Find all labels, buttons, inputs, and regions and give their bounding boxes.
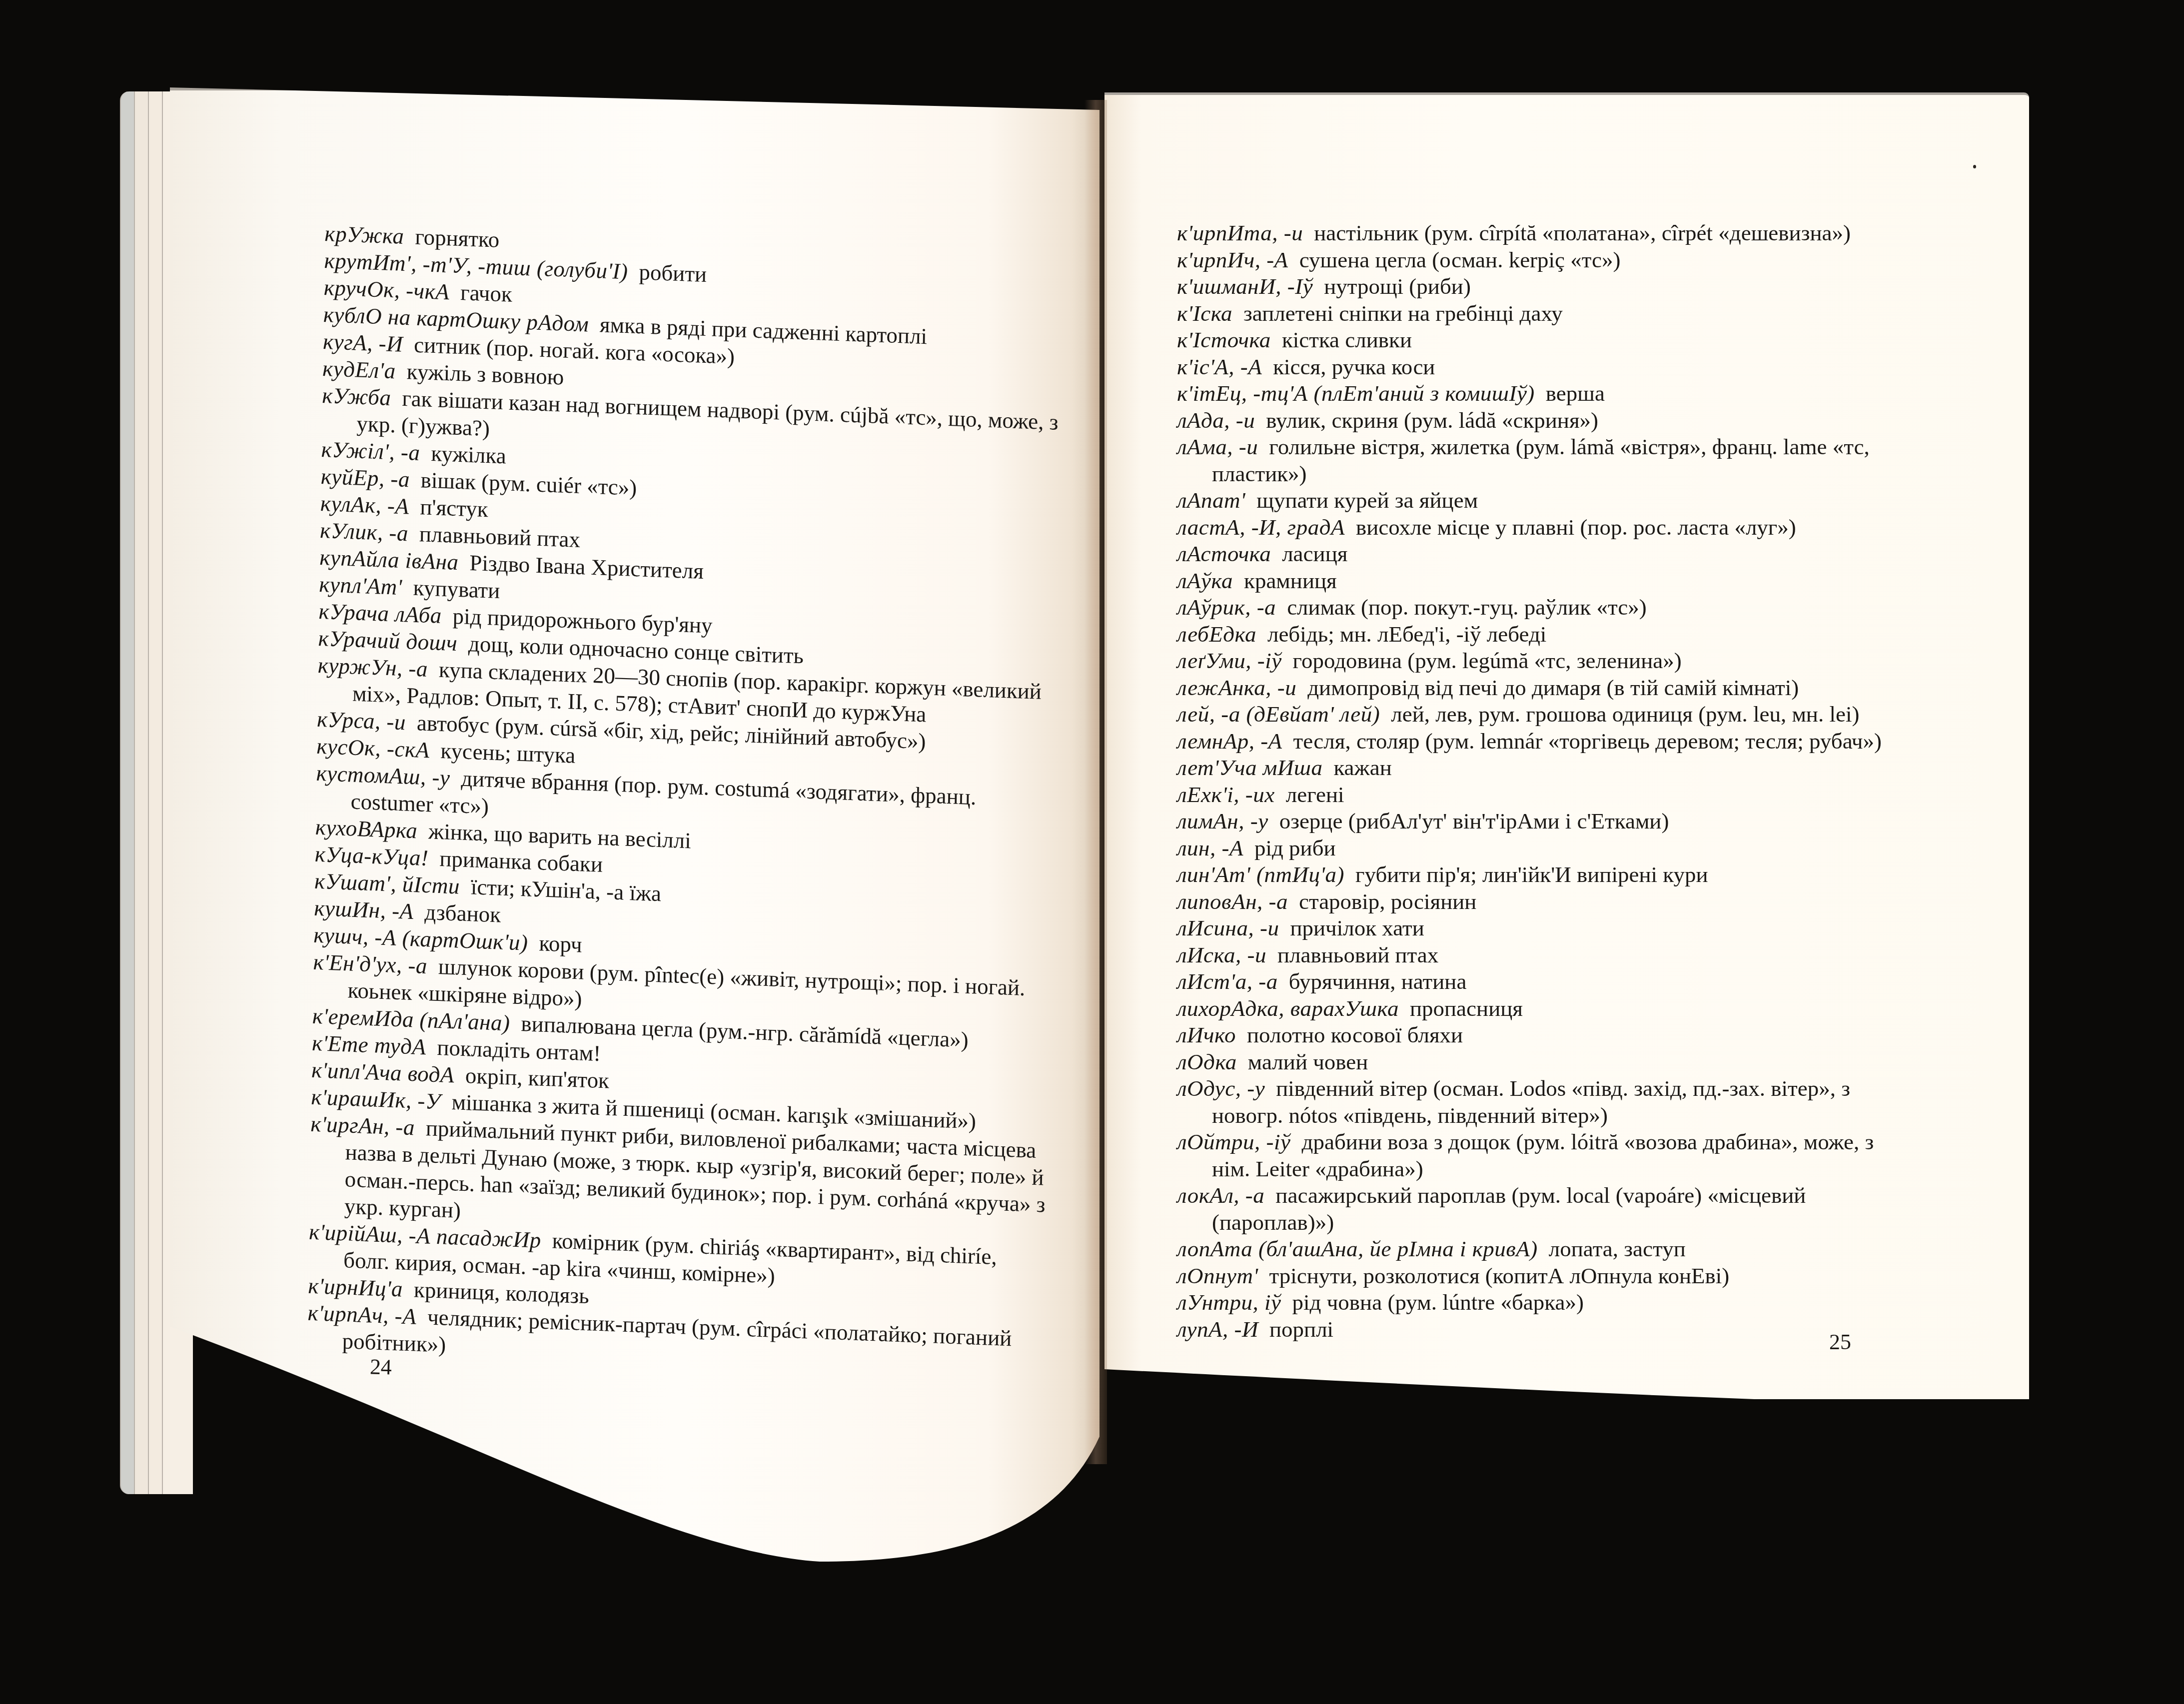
entry-definition: кажан [1333,755,1391,780]
entry-headword: лет'Уча мИша [1177,755,1322,780]
entry-spacer [429,758,440,758]
entry-spacer [413,919,424,919]
dictionary-entry: лОдкамалий човен [1177,1049,1897,1076]
entry-definition: крамниця [1244,568,1337,593]
entry-headword: кустомАш, -у [316,761,450,791]
entry-definition: рід риби [1254,836,1336,860]
dictionary-entry: лимАн, -уозерце (рибАл'ут' він'т'ірАми і… [1177,808,1897,835]
entry-headword: лУнтри, іў [1177,1290,1281,1315]
entry-definition: плавньовий птах [419,521,581,552]
entry-definition: тріснути, розколотися (копитА лОпнула ко… [1269,1263,1730,1288]
dictionary-entry: лАсточкаласиця [1177,541,1897,568]
dictionary-entry: лопАта (бл'ашАна, йе рІмна і кривА)лопат… [1177,1236,1897,1263]
entry-headword: кусОк, -скА [316,734,430,763]
entry-definition: слимак (пор. покут.-гуц. раўлик «тс») [1287,595,1647,620]
entry-definition: драбини воза з дощок (рум. lóitră «возов… [1212,1129,1874,1181]
entry-spacer [403,352,414,352]
entry-definition: плавньовий птах [1277,942,1438,967]
dictionary-entry: леґУми, -іўгородовина (рум. legúmă «тс, … [1177,648,1897,675]
entry-headword: лЕхк'і, -их [1177,782,1275,807]
entry-headword: куйЕр, -а [321,464,410,492]
entry-headword: кУрача лАба [318,599,442,628]
entry-headword: к'иргАн, -а [310,1111,415,1140]
entry-spacer [426,1054,437,1055]
entry-spacer [403,1297,414,1297]
entry-headword: лин'Ат' (птИц'а) [1177,862,1344,887]
entry-spacer [450,786,461,786]
entry-definition: окріп, кип'яток [465,1063,609,1093]
entry-headword: локАл, -а [1177,1183,1264,1208]
entry-headword: лАўка [1177,568,1233,593]
entry-spacer [420,460,431,461]
entry-headword: кухоВАрка [315,815,418,843]
dictionary-entry: лОйтри, -іўдрабини воза з дощок (рум. ló… [1177,1129,1897,1182]
dictionary-entry: лихорАдка, варахУшкапропасниця [1177,995,1897,1022]
dictionary-entry: лебЕдкалебідь; мн. лЕбед'і, -іў лебеді [1177,621,1897,648]
dictionary-entry: лет'Уча мИшакажан [1177,755,1897,782]
entry-definition: бурячиння, натина [1289,969,1467,994]
dictionary-entry: лИсина, -ипричілок хати [1177,915,1897,942]
entry-definition: настільник (рум. cîrpítă «полатана», cîr… [1314,220,1851,245]
entry-definition: озерце (рибАл'ут' він'т'ірАми і с'Етками… [1279,809,1669,834]
entry-spacer [391,405,402,406]
entry-definition: нутрощі (риби) [1324,274,1471,299]
entry-definition: вулик, скриня (рум. ládă «скриня») [1266,408,1598,433]
entry-headword: лей, -а (дЕвйат' лей) [1177,702,1380,727]
entry-headword: лАўрик, -а [1177,595,1276,620]
page-number-right: 25 [1829,1329,1851,1355]
entry-spacer [408,541,419,541]
entry-definition: п'ястук [420,494,488,522]
entry-definition: порплі [1269,1317,1333,1342]
entry-headword: лИска, -и [1177,942,1266,967]
dictionary-entry: лей, -а (дЕвйат' лей)лей, лев, рум. грош… [1177,701,1897,728]
entry-definition: кістка сливки [1282,327,1412,352]
entry-headword: к'ишманИ, -Іў [1177,274,1313,299]
dictionary-entry: к'ирпИч, -Асушена цегла (осман. kerpiç «… [1177,247,1897,274]
entry-definition: малий човен [1248,1049,1368,1074]
entry-definition: заплетені сніпки на гребінці даху [1243,301,1563,326]
entry-headword: крУжка [324,221,404,249]
entry-definition: верша [1546,381,1605,406]
entry-definition: дзбанок [424,899,501,927]
entry-headword: лАпат' [1177,488,1245,513]
entry-headword: кУрачий дошч [318,626,457,656]
dictionary-entry: локАл, -апасажирський пароплав (рум. loc… [1177,1182,1897,1236]
entry-definition: висохле місце у плавні (пор. рос. ласта … [1356,515,1796,540]
entry-headword: кУлик, -а [320,518,408,546]
dictionary-entry: лин'Ат' (птИц'а)губити пір'я; лин'ійк'И … [1177,861,1897,888]
entry-definition: димопровід від печі до димаря (в тій сам… [1307,675,1799,700]
entry-headword: лАда, -и [1177,408,1255,433]
entry-spacer [541,1248,552,1248]
entry-definition: пропасниця [1410,996,1523,1021]
entry-spacer [417,838,428,839]
dictionary-entry: к'Істочкакістка сливки [1177,327,1897,354]
entry-definition: купувати [413,575,500,603]
entry-headword: лежАнка, -и [1177,675,1296,700]
entry-definition: полотно косової бляхи [1247,1022,1463,1047]
entry-definition: кужіль з вовною [406,359,564,390]
entry-definition: рід човна (рум. lúntre «барка») [1292,1290,1584,1315]
entry-spacer [449,299,460,300]
gutter [1085,100,1107,1464]
dictionary-entry: лИст'а, -абурячиння, натина [1177,968,1897,995]
dictionary-entry: лАма, -иголильне вістря, жилетка (рум. l… [1177,434,1897,487]
entry-definition: причілок хати [1290,915,1424,940]
entry-headword: лИчко [1177,1022,1236,1047]
entry-definition: ласиця [1282,541,1347,566]
dictionary-entry: лАўрик, -аслимак (пор. покут.-гуц. раўли… [1177,594,1897,621]
entry-headword: кУжіл', -а [321,437,420,465]
dictionary-entry: липовАн, -астаровір, росіянин [1177,888,1897,915]
dictionary-entry: к'Ісказаплетені сніпки на гребінці даху [1177,300,1897,327]
entry-definition: пасажирський пароплав (рум. local (vapoá… [1212,1183,1806,1235]
entry-headword: лАсточка [1177,541,1271,566]
entry-headword: лОйтри, -іў [1177,1129,1291,1154]
entry-headword: кушИн, -А [314,895,414,924]
entry-headword: кУрса, -и [317,707,406,735]
entry-spacer [441,1109,452,1109]
entry-headword: липовАн, -а [1177,889,1288,914]
dictionary-entry: лАда, -ивулик, скриня (рум. ládă «скриня… [1177,407,1897,434]
entry-headword: лихорАдка, варахУшка [1177,996,1399,1021]
entry-headword: купАйла івАна [319,545,459,575]
entry-spacer [402,595,413,595]
entry-spacer [404,244,415,244]
left-page-text: крУжкагорняткокрутИт', -т'У, -тиш (голуб… [307,220,1064,1380]
entry-spacer [454,1082,465,1083]
entry-headword: к'ирнИц'а [308,1273,403,1302]
entry-headword: лОпнут' [1177,1263,1258,1288]
dictionary-entry: ластА, -И, градАвисохле місце у плавні (… [1177,514,1897,541]
dictionary-entry: лЕхк'і, -ихлегені [1177,782,1897,809]
entry-definition: гачок [460,280,512,307]
dictionary-entry: лУнтри, іўрід човна (рум. lúntre «барка»… [1177,1289,1897,1316]
entry-definition: кусень; штука [440,738,576,768]
entry-headword: леґУми, -іў [1177,648,1282,673]
entry-definition: лей, лев, рум. грошова одиниця (рум. leu… [1391,702,1859,727]
dictionary-entry: к'ишманИ, -Іўнутрощі (риби) [1177,273,1897,300]
dictionary-entry: лИска, -иплавньовий птах [1177,942,1897,969]
entry-headword: кУшат', йІсти [314,868,460,899]
entry-spacer [415,1135,426,1135]
entry-headword: к'Іска [1177,301,1232,326]
paper-speck [1973,165,1976,168]
entry-spacer [460,893,471,894]
dictionary-entry: лежАнка, -идимопровід від печі до димаря… [1177,675,1897,702]
entry-headword: кручОк, -чкА [323,275,449,304]
entry-spacer [457,651,468,651]
entry-spacer [528,950,539,951]
entry-headword: к'Ен'д'ух, -а [313,949,427,978]
entry-definition: старовір, росіянин [1299,889,1476,914]
entry-definition: південний вітер (осман. Lodos «півд. зах… [1212,1076,1850,1128]
dictionary-entry: лОдус, -упівденний вітер (осман. Lodos «… [1177,1075,1897,1129]
entry-headword: к'іс'А, -А [1177,354,1262,379]
page-number-left: 24 [369,1354,392,1380]
entry-spacer [589,331,600,332]
entry-headword: лИсина, -и [1177,915,1279,940]
dictionary-entry: лОпнут'тріснути, розколотися (копитА лОп… [1177,1263,1897,1290]
dictionary-entry: к'ітЕц, -тц'А (плЕт'аний з комишІў)верша [1177,380,1897,407]
entry-headword: к'Ете тудА [312,1030,426,1059]
dictionary-entry: к'іс'А, -Акісся, ручка коси [1177,354,1897,381]
entry-definition: голильне вістря, жилетка (рум. lámă «віс… [1212,434,1870,486]
entry-definition: городовина (рум. legúmă «тс, зеленина») [1293,648,1682,673]
entry-headword: ластА, -И, градА [1177,515,1345,540]
entry-headword: к'ирпИч, -А [1177,247,1288,272]
entry-spacer [395,378,406,379]
entry-spacer [416,1324,427,1325]
entry-headword: лопАта (бл'ашАна, йе рІмна і кривА) [1177,1236,1538,1261]
entry-definition: губити пір'я; лин'ійк'И випірені кури [1355,862,1708,887]
entry-headword: лОдус, -у [1177,1076,1265,1101]
entry-definition: робити [639,259,707,287]
entry-headword: лОдка [1177,1049,1237,1074]
entry-definition: кісся, ручка коси [1273,354,1435,379]
entry-headword: куржУн, -а [318,653,428,682]
entry-definition: лебідь; мн. лЕбед'і, -іў лебеді [1267,622,1546,647]
entry-headword: кУжба [322,383,391,410]
entry-spacer [406,730,417,730]
right-page-text: к'ирпИта, -инастільник (рум. cîrpítă «по… [1177,220,1897,1343]
entry-spacer [428,865,439,866]
dictionary-entry: лемнАр, -Атесля, столяр (рум. lemnár «то… [1177,728,1897,755]
entry-headword: к'ирпАч, -А [307,1300,416,1329]
entry-definition: тесля, столяр (рум. lemnár «торгівець де… [1293,729,1882,754]
book-spread: крУжкагорняткокрутИт', -т'У, -тиш (голуб… [0,0,2184,1704]
entry-definition: горнятко [415,224,500,252]
entry-headword: лАма, -и [1177,434,1258,459]
entry-spacer [410,487,421,487]
entry-spacer [427,973,438,974]
entry-definition: покладіть онтам! [437,1035,601,1066]
entry-definition: кужілка [431,441,506,469]
entry-definition: приманка собаки [439,846,603,877]
entry-headword: к'ипл'Ача водА [311,1057,454,1087]
entry-definition: сушена цегла (осман. kerpiç «тс») [1299,247,1621,272]
entry-definition: лопата, заступ [1549,1236,1686,1261]
entry-headword: к'ирашИк, -У [311,1084,441,1114]
entry-headword: лупА, -И [1177,1317,1258,1342]
dictionary-entry: лАўкакрамниця [1177,568,1897,595]
entry-spacer [442,623,453,624]
entry-definition: щупати курей за яйцем [1256,488,1478,513]
entry-headword: кулАк, -А [320,491,409,519]
dictionary-entry: лин, -Арід риби [1177,835,1897,862]
entry-headword: кугА, -И [323,329,403,357]
entry-headword: лимАн, -у [1177,809,1268,834]
entry-headword: кудЕл'а [322,356,396,383]
entry-definition: легені [1286,782,1344,807]
entry-spacer [409,514,420,514]
entry-spacer [510,1030,521,1031]
dictionary-entry: лупА, -Ипорплі [1177,1316,1897,1343]
entry-headword: к'Істочка [1177,327,1271,352]
entry-definition: корч [539,930,582,957]
entry-headword: лебЕдка [1177,622,1256,647]
dictionary-entry: лИчкополотно косової бляхи [1177,1022,1897,1049]
entry-spacer [428,677,439,677]
dictionary-entry: лАпат'щупати курей за яйцем [1177,487,1897,514]
entry-headword: к'ітЕц, -тц'А (плЕт'аний з комишІў) [1177,381,1535,406]
entry-spacer [628,279,639,279]
entry-spacer [458,570,469,570]
entry-headword: кУца-кУца! [315,842,429,870]
entry-headword: лемнАр, -А [1177,729,1282,754]
entry-headword: лИст'а, -а [1177,969,1278,994]
entry-headword: купл'Ат' [319,572,402,600]
entry-headword: к'ирпИта, -и [1177,220,1303,245]
dictionary-entry: к'ирпИта, -инастільник (рум. cîrpítă «по… [1177,220,1897,247]
entry-headword: лин, -А [1177,836,1243,860]
